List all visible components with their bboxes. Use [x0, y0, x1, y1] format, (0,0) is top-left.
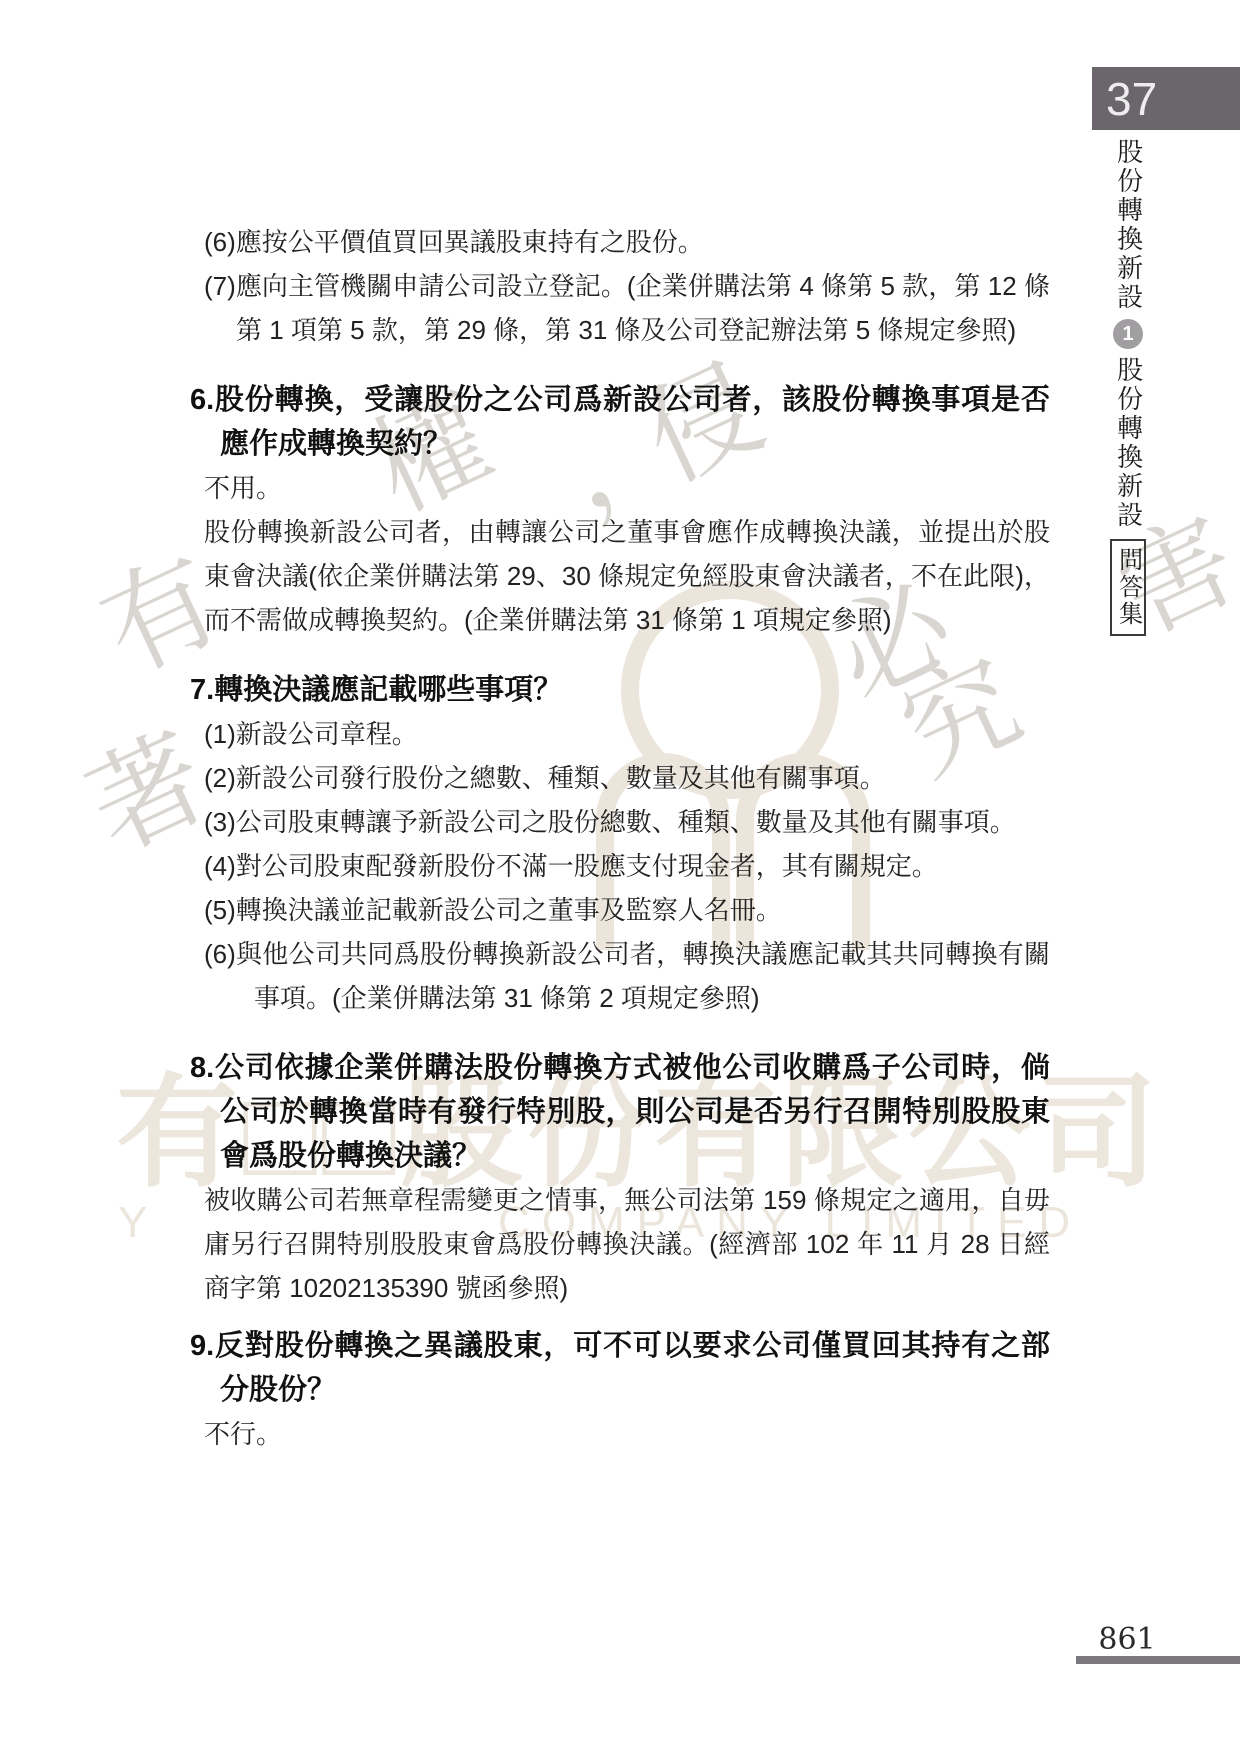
list-item: (2)新設公司發行股份之總數、種類、數量及其他有關事項。 — [204, 756, 1050, 800]
answer-paragraph: 被收購公司若無章程需變更之情事，無公司法第 159 條規定之適用，自毋庸另行召開… — [204, 1178, 1050, 1310]
sidebar: 股份轉換新設 1 股份轉換新設 問答集 — [1104, 138, 1152, 636]
question-number: 8. — [190, 1052, 214, 1084]
chapter-number-box: 37 — [1092, 67, 1240, 130]
question-title: 公司依據企業併購法股份轉換方式被他公司收購爲子公司時，倘公司於轉換當時有發行特別… — [214, 1052, 1050, 1172]
question-number: 6. — [190, 384, 214, 416]
list-item: (4)對公司股東配發新股份不滿一股應支付現金者，其有關規定。 — [204, 844, 1050, 888]
list-item: (5)轉換決議並記載新設公司之董事及監察人名冊。 — [204, 888, 1050, 932]
list-item: (3)公司股東轉讓予新設公司之股份總數、種類、數量及其他有關事項。 — [204, 800, 1050, 844]
question-answer: (1)新設公司章程。 (2)新設公司發行股份之總數、種類、數量及其他有關事項。 … — [204, 712, 1050, 1020]
chapter-number: 37 — [1106, 72, 1157, 126]
question-heading: 8.公司依據企業併購法股份轉換方式被他公司收購爲子公司時，倘公司於轉換當時有發行… — [190, 1046, 1050, 1178]
list-item: (7)應向主管機關申請公司設立登記。(企業併購法第 4 條第 5 款，第 12 … — [204, 264, 1050, 352]
question-6: 6.股份轉換，受讓股份之公司爲新設公司者，該股份轉換事項是否應作成轉換契約？ 不… — [190, 378, 1050, 642]
watermark-latin-initial: Y — [118, 1198, 159, 1248]
question-heading: 6.股份轉換，受讓股份之公司爲新設公司者，該股份轉換事項是否應作成轉換契約？ — [190, 378, 1050, 466]
question-8: 8.公司依據企業併購法股份轉換方式被他公司收購爲子公司時，倘公司於轉換當時有發行… — [190, 1046, 1050, 1310]
question-heading: 7.轉換決議應記載哪些事項？ — [190, 668, 1050, 712]
answer-paragraph: 股份轉換新設公司者，由轉讓公司之董事會應作成轉換決議，並提出於股東會決議(依企業… — [204, 510, 1050, 642]
chapter-title-vertical: 股份轉換新設 — [1114, 138, 1141, 312]
question-number: 7. — [190, 674, 214, 706]
intro-list: (6)應按公平價值買回異議股東持有之股份。 (7)應向主管機關申請公司設立登記。… — [204, 220, 1050, 352]
series-label-box: 問答集 — [1110, 539, 1145, 636]
question-title: 轉換決議應記載哪些事項？ — [214, 674, 562, 706]
footer-rule — [1076, 1656, 1240, 1664]
question-7: 7.轉換決議應記載哪些事項？ (1)新設公司章程。 (2)新設公司發行股份之總數… — [190, 668, 1050, 1020]
question-answer: 被收購公司若無章程需變更之情事，無公司法第 159 條規定之適用，自毋庸另行召開… — [204, 1178, 1050, 1310]
question-number: 9. — [190, 1330, 214, 1362]
question-heading: 9.反對股份轉換之異議股東，可不可以要求公司僅買回其持有之部分股份？ — [190, 1324, 1050, 1412]
question-title: 反對股份轉換之異議股東，可不可以要求公司僅買回其持有之部分股份？ — [214, 1330, 1050, 1406]
section-number-badge: 1 — [1113, 319, 1143, 349]
page-content: (6)應按公平價值買回異議股東持有之股份。 (7)應向主管機關申請公司設立登記。… — [190, 220, 1050, 1456]
section-title-vertical: 股份轉換新設 — [1114, 356, 1141, 530]
list-item: (1)新設公司章程。 — [204, 712, 1050, 756]
list-item: (6)與他公司共同爲股份轉換新設公司者，轉換決議應記載其共同轉換有關事項。(企業… — [204, 932, 1050, 1020]
list-item: (6)應按公平價值買回異議股東持有之股份。 — [204, 220, 1050, 264]
answer-paragraph: 不用。 — [204, 466, 1050, 510]
question-title: 股份轉換，受讓股份之公司爲新設公司者，該股份轉換事項是否應作成轉換契約？ — [214, 384, 1050, 460]
answer-paragraph: 不行。 — [204, 1412, 1050, 1456]
question-answer: 不用。 股份轉換新設公司者，由轉讓公司之董事會應作成轉換決議，並提出於股東會決議… — [204, 466, 1050, 642]
page-number: 861 — [1072, 1622, 1182, 1657]
question-9: 9.反對股份轉換之異議股東，可不可以要求公司僅買回其持有之部分股份？ 不行。 — [190, 1324, 1050, 1456]
question-answer: 不行。 — [204, 1412, 1050, 1456]
